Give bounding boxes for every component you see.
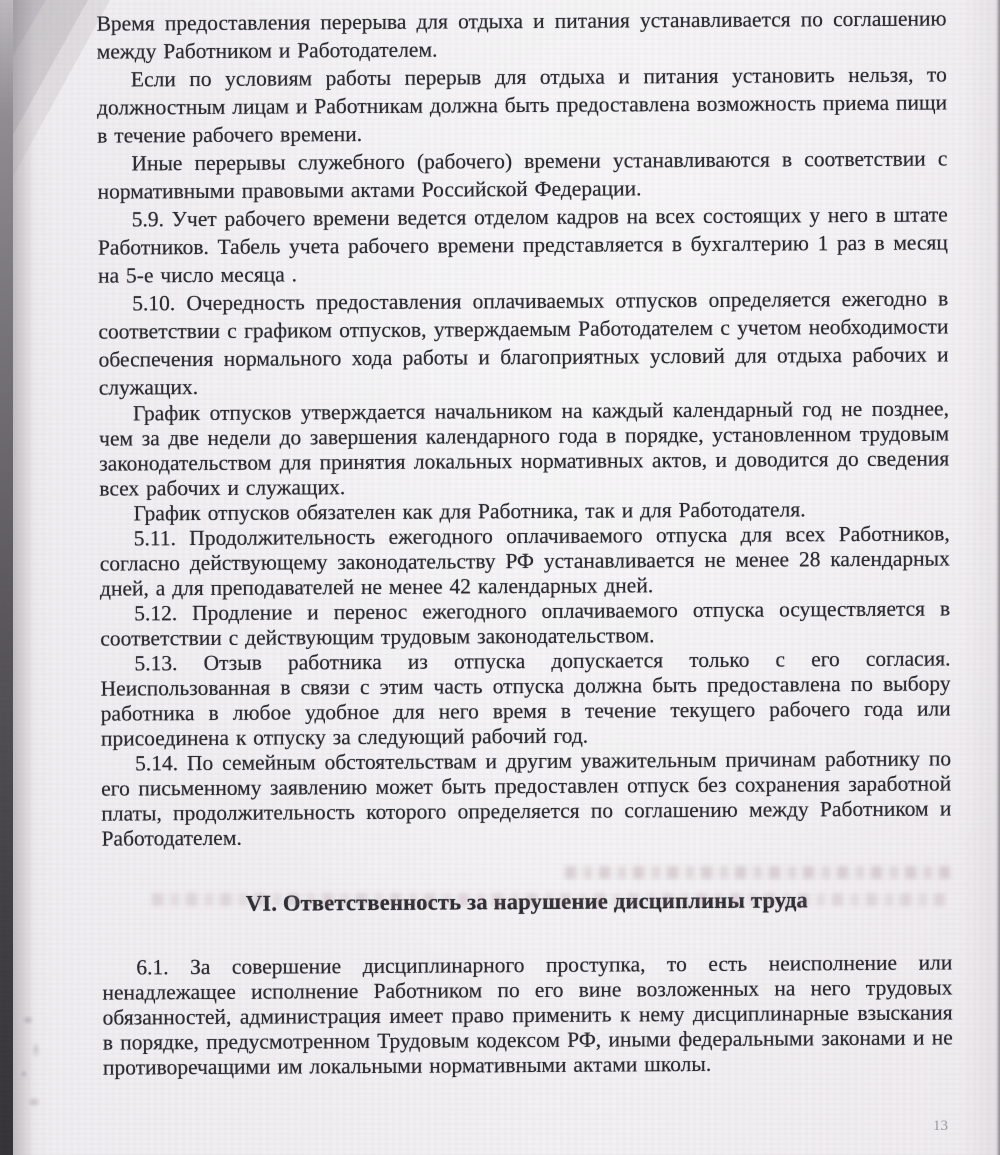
paragraph: Если по условиям работы перерыв для отды… — [97, 60, 947, 149]
paragraph: 6.1. За совершение дисциплинарного прост… — [102, 950, 953, 1080]
scanned-page: Время предоставления перерыва для отдыха… — [0, 0, 1000, 1155]
document-text: Время предоставления перерыва для отдыха… — [96, 4, 953, 1080]
scan-edge-shadow-right — [996, 0, 1000, 1155]
paragraph: 5.14. По семейным обстоятельствам и друг… — [101, 746, 952, 851]
scan-edge-shadow-left — [0, 0, 13, 1155]
paragraph: 5.12. Продление и перенос ежегодного опл… — [100, 596, 950, 651]
scan-edge-shadow-fade — [13, 0, 35, 1155]
paragraph: График отпусков утверждается начальником… — [99, 396, 950, 501]
page-number: 13 — [933, 1118, 948, 1135]
paragraph: 5.13. Отзыв работника из отпуска допуска… — [100, 646, 951, 751]
paragraph: Иные перерывы служебного (рабочего) врем… — [97, 144, 947, 205]
paragraph: 5.9. Учет рабочего времени ведется отдел… — [98, 200, 948, 289]
paragraph: 5.10. Очередность предоставления оплачив… — [98, 284, 949, 401]
paragraph: Время предоставления перерыва для отдыха… — [96, 4, 946, 65]
paragraph: 5.11. Продолжительность ежегодного оплач… — [100, 521, 950, 601]
margin-smudge-artifact — [14, 1002, 54, 1120]
section-heading: VI. Ответственность за нарушение дисципл… — [102, 886, 952, 917]
